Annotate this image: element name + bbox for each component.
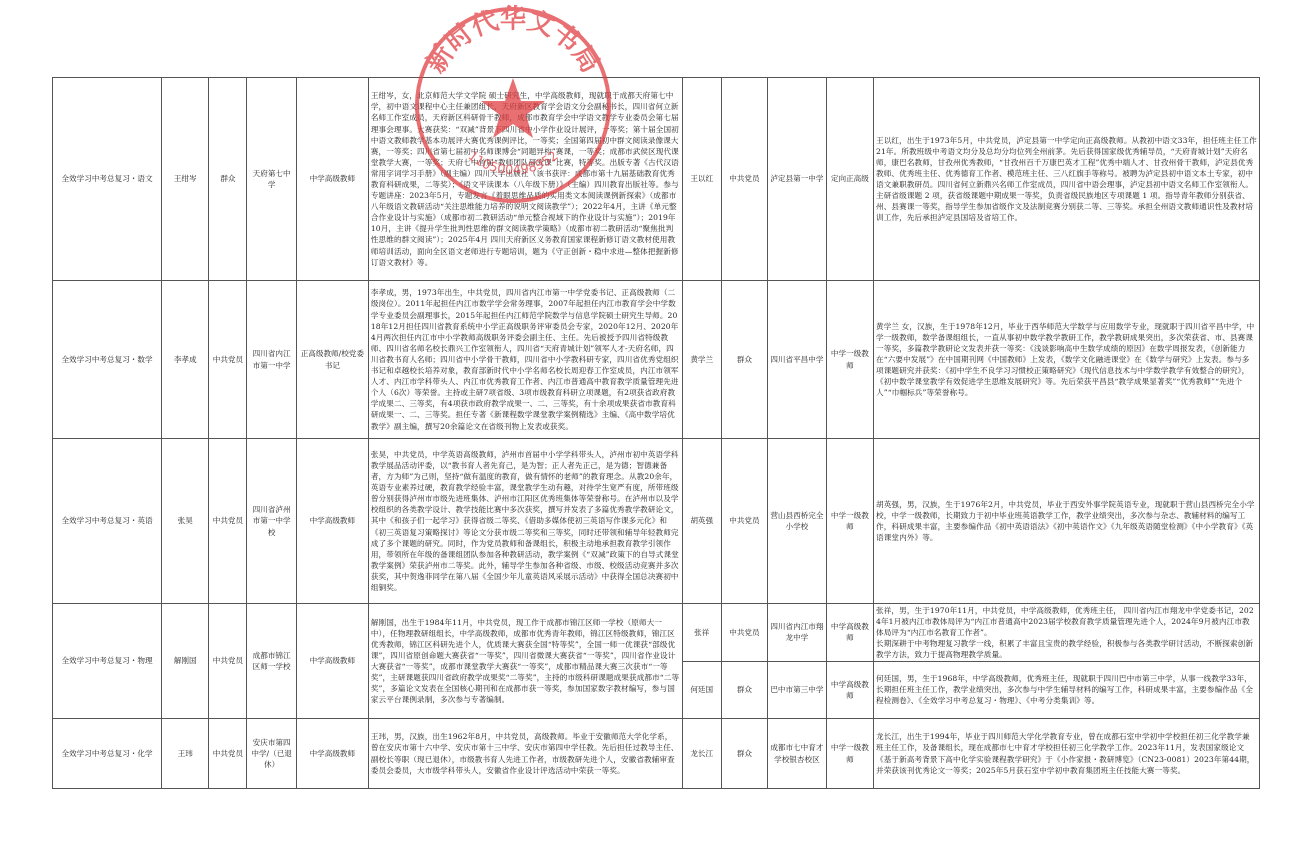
secondary-title-text: 中学一级教师 <box>831 511 869 531</box>
secondary-school-cell: 营山县西桥完全小学校 <box>768 439 827 604</box>
secondary-name-text: 何廷国 <box>690 685 713 694</box>
primary-school-text: 四川省内江市第一中学 <box>253 349 291 369</box>
secondary-name-cell: 何廷国 <box>682 661 721 719</box>
primary-title-text: 中学高级教师 <box>310 656 356 665</box>
secondary-bio-cell: 王以红，出生于1973年5月，中共党员，泸定县第一中学定向正高级教师。从教初中语… <box>874 78 1260 281</box>
primary-name-text: 解刚国 <box>174 656 197 665</box>
primary-title-cell: 中学高级教师 <box>296 439 368 604</box>
primary-bio-text: 李孝成，男，1973年出生，中共党员，四川省内江市第一中学党委书记、正高级教师（… <box>371 288 679 430</box>
secondary-bio-cell: 龙长江，出生于1994年，毕业于四川师范大学化学教育专业，曾在成都石室中学初中学… <box>874 719 1260 789</box>
primary-bio-cell: 李孝成，男，1973年出生，中共党员，四川省内江市第一中学党委书记、正高级教师（… <box>368 281 682 439</box>
primary-name-text: 李孝成 <box>174 355 197 364</box>
primary-name-text: 王绀岑 <box>174 174 197 183</box>
primary-politics-cell: 群众 <box>209 78 247 281</box>
secondary-name-text: 张祥 <box>694 628 709 637</box>
primary-title-text: 中学高级教师 <box>310 516 356 525</box>
primary-title-text: 中学高级教师 <box>310 749 356 758</box>
primary-title-cell: 正高级教师/校党委书记 <box>296 281 368 439</box>
secondary-bio-cell: 何廷国，男，生于1968年，中学高级教师，优秀班主任，现就职于四川巴中市第三中学… <box>874 661 1260 719</box>
primary-school-cell: 天府第七中学 <box>247 78 296 281</box>
secondary-title-cell: 中学高级教师 <box>826 661 873 719</box>
secondary-title-cell: 中学一级教师 <box>826 719 873 789</box>
secondary-name-cell: 张祥 <box>682 604 721 662</box>
secondary-bio-text: 张祥，男，生于1970年11月，中共党员，中学高级教师，优秀班主任， 四川省内江… <box>876 606 1254 659</box>
primary-title-cell: 中学高级教师 <box>296 719 368 789</box>
primary-title-text: 中学高级教师 <box>310 174 356 183</box>
primary-school-cell: 四川省泸州市第一中学校 <box>247 439 296 604</box>
primary-name-cell: 王绀岑 <box>162 78 209 281</box>
subject-cell: 全效学习中考总复习・化学 <box>53 719 162 789</box>
table-row: 全效学习中考总复习・语文王绀岑群众天府第七中学中学高级教师王绀岑，女，北京师范大… <box>53 78 1260 281</box>
secondary-name-text: 龙长江 <box>690 749 713 758</box>
subject-text: 全效学习中考总复习・英语 <box>61 516 152 525</box>
primary-politics-cell: 中共党员 <box>209 604 247 719</box>
secondary-politics-cell: 群众 <box>721 661 767 719</box>
primary-name-cell: 张昊 <box>162 439 209 604</box>
secondary-name-text: 王以红 <box>690 174 713 183</box>
secondary-bio-text: 王以红，出生于1973年5月，中共党员，泸定县第一中学定向正高级教师。从教初中语… <box>876 136 1257 223</box>
secondary-politics-text: 中共党员 <box>729 516 759 525</box>
subject-cell: 全效学习中考总复习・英语 <box>53 439 162 604</box>
secondary-politics-cell: 中共党员 <box>721 604 767 662</box>
subject-text: 全效学习中考总复习・化学 <box>61 749 152 758</box>
secondary-bio-cell: 胡英强，男，汉族，生于1976年2月，中共党员，毕业于西安外事学院英语专业，现就… <box>874 439 1260 604</box>
secondary-politics-cell: 中共党员 <box>721 78 767 281</box>
primary-school-text: 成都市锦江区师一学校 <box>253 651 291 671</box>
primary-school-text: 天府第七中学 <box>253 169 291 189</box>
secondary-name-cell: 王以红 <box>682 78 721 281</box>
secondary-name-text: 黄学兰 <box>690 355 713 364</box>
secondary-title-cell: 中学一级教师 <box>826 281 873 439</box>
secondary-bio-text: 龙长江，出生于1994年，毕业于四川师范大学化学教育专业，曾在成都石室中学初中学… <box>876 732 1254 774</box>
secondary-bio-text: 何廷国，男，生于1968年，中学高级教师，优秀班主任，现就职于四川巴中市第三中学… <box>876 674 1253 705</box>
primary-politics-text: 中共党员 <box>213 516 243 525</box>
author-roster-table: 全效学习中考总复习・语文王绀岑群众天府第七中学中学高级教师王绀岑，女，北京师范大… <box>52 77 1260 789</box>
secondary-title-text: 定向正高级 <box>831 174 869 183</box>
subject-text: 全效学习中考总复习・数学 <box>61 355 152 364</box>
table-row: 全效学习中考总复习・物理解刚国中共党员成都市锦江区师一学校中学高级教师解刚国，出… <box>53 604 1260 662</box>
secondary-school-cell: 泸定县第一中学 <box>768 78 827 281</box>
primary-bio-cell: 王绀岑，女，北京师范大学文学院 硕士研究生，中学高级教师，现就职于成都天府第七中… <box>368 78 682 281</box>
subject-cell: 全效学习中考总复习・语文 <box>53 78 162 281</box>
primary-title-text: 正高级教师/校党委书记 <box>301 349 364 369</box>
subject-text: 全效学习中考总复习・物理 <box>61 656 152 665</box>
primary-bio-text: 张昊，中共党员，中学英语高级教师，泸州市首届中小学学科带头人，泸州市初中英语学科… <box>371 450 679 592</box>
primary-bio-text: 解刚国，出生于1984年11月，中共党员，现工作于成都市锦江区师一学校（原师大一… <box>371 618 679 705</box>
secondary-bio-cell: 张祥，男，生于1970年11月，中共党员，中学高级教师，优秀班主任， 四川省内江… <box>874 604 1260 662</box>
primary-school-text: 四川省泸州市第一中学校 <box>253 505 291 536</box>
primary-bio-text: 王绀岑，女，北京师范大学文学院 硕士研究生，中学高级教师，现就职于成都天府第七中… <box>371 91 679 266</box>
table-row: 全效学习中考总复习・化学王玮中共党员安庆市第四中学/（已退休）中学高级教师王玮，… <box>53 719 1260 789</box>
secondary-politics-cell: 群众 <box>721 281 767 439</box>
primary-politics-cell: 中共党员 <box>209 719 247 789</box>
primary-name-text: 张昊 <box>178 516 193 525</box>
secondary-school-text: 四川省平昌中学 <box>770 355 823 364</box>
secondary-politics-cell: 群众 <box>721 719 767 789</box>
secondary-school-text: 成都市七中育才学校银杏校区 <box>770 743 823 763</box>
secondary-bio-text: 胡英强，男，汉族，生于1976年2月，中共党员，毕业于西安外事学院英语专业，现就… <box>876 500 1255 542</box>
secondary-politics-text: 群众 <box>737 355 752 364</box>
secondary-school-cell: 四川省内江市翔龙中学 <box>768 604 827 662</box>
primary-politics-cell: 中共党员 <box>209 439 247 604</box>
primary-bio-cell: 王玮，男，汉族，出生1962年8月，中共党员，高级教师。毕业于安徽师范大学化学系… <box>368 719 682 789</box>
secondary-school-cell: 巴中市第三中学 <box>768 661 827 719</box>
secondary-politics-cell: 中共党员 <box>721 439 767 604</box>
primary-bio-cell: 张昊，中共党员，中学英语高级教师，泸州市首届中小学学科带头人，泸州市初中英语学科… <box>368 439 682 604</box>
primary-politics-text: 中共党员 <box>213 355 243 364</box>
secondary-name-text: 胡英强 <box>690 516 713 525</box>
primary-title-cell: 中学高级教师 <box>296 78 368 281</box>
secondary-name-cell: 黄学兰 <box>682 281 721 439</box>
primary-politics-text: 中共党员 <box>213 656 243 665</box>
secondary-title-cell: 中学一级教师 <box>826 439 873 604</box>
primary-name-text: 王玮 <box>178 749 193 758</box>
subject-cell: 全效学习中考总复习・物理 <box>53 604 162 719</box>
primary-title-cell: 中学高级教师 <box>296 604 368 719</box>
secondary-title-cell: 中学高级教师 <box>826 604 873 662</box>
table-row: 全效学习中考总复习・数学李孝成中共党员四川省内江市第一中学正高级教师/校党委书记… <box>53 281 1260 439</box>
secondary-title-text: 中学高级教师 <box>831 622 869 642</box>
secondary-title-text: 中学高级教师 <box>831 680 869 700</box>
primary-bio-text: 王玮，男，汉族，出生1962年8月，中共党员，高级教师。毕业于安徽师范大学化学系… <box>371 732 679 774</box>
table-row: 全效学习中考总复习・英语张昊中共党员四川省泸州市第一中学校中学高级教师张昊，中共… <box>53 439 1260 604</box>
primary-name-cell: 解刚国 <box>162 604 209 719</box>
primary-school-text: 安庆市第四中学/（已退休） <box>251 738 292 769</box>
secondary-politics-text: 群众 <box>737 749 752 758</box>
secondary-bio-text: 黄学兰 女，汉族，生于1978年12月，毕业于西华师范大学数学与应用数学专业，现… <box>876 322 1254 398</box>
secondary-politics-text: 群众 <box>737 685 752 694</box>
subject-text: 全效学习中考总复习・语文 <box>61 174 152 183</box>
secondary-school-cell: 成都市七中育才学校银杏校区 <box>768 719 827 789</box>
primary-school-cell: 安庆市第四中学/（已退休） <box>247 719 296 789</box>
primary-name-cell: 李孝成 <box>162 281 209 439</box>
primary-school-cell: 成都市锦江区师一学校 <box>247 604 296 719</box>
secondary-school-text: 巴中市第三中学 <box>770 685 823 694</box>
secondary-school-text: 泸定县第一中学 <box>770 174 823 183</box>
primary-school-cell: 四川省内江市第一中学 <box>247 281 296 439</box>
secondary-title-text: 中学一级教师 <box>831 743 869 763</box>
secondary-name-cell: 胡英强 <box>682 439 721 604</box>
secondary-title-cell: 定向正高级 <box>826 78 873 281</box>
svg-text:新时代华文书局: 新时代华文书局 <box>421 5 605 79</box>
primary-name-cell: 王玮 <box>162 719 209 789</box>
secondary-school-text: 四川省内江市翔龙中学 <box>770 622 823 642</box>
subject-cell: 全效学习中考总复习・数学 <box>53 281 162 439</box>
primary-bio-cell: 解刚国，出生于1984年11月，中共党员，现工作于成都市锦江区师一学校（原师大一… <box>368 604 682 719</box>
primary-politics-text: 中共党员 <box>213 749 243 758</box>
primary-politics-text: 群众 <box>220 174 235 183</box>
secondary-title-text: 中学一级教师 <box>831 349 869 369</box>
secondary-school-cell: 四川省平昌中学 <box>768 281 827 439</box>
secondary-bio-cell: 黄学兰 女，汉族，生于1978年12月，毕业于西华师范大学数学与应用数学专业，现… <box>874 281 1260 439</box>
secondary-politics-text: 中共党员 <box>729 628 759 637</box>
secondary-politics-text: 中共党员 <box>729 174 759 183</box>
secondary-name-cell: 龙长江 <box>682 719 721 789</box>
primary-politics-cell: 中共党员 <box>209 281 247 439</box>
document-page: 全效学习中考总复习・语文王绀岑群众天府第七中学中学高级教师王绀岑，女，北京师范大… <box>0 0 1303 855</box>
secondary-school-text: 营山县西桥完全小学校 <box>770 511 823 531</box>
